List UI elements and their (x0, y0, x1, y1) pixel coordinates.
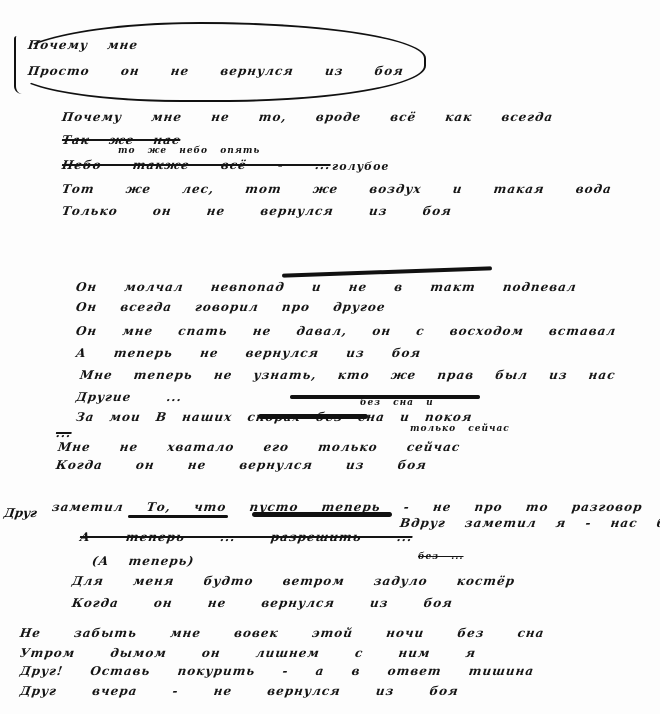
scribble-strike-3 (258, 414, 368, 419)
stanza4-line-2: Утром дымом он лишнем с ним я (19, 646, 477, 660)
stanza1-insert-1: то же небо опять (118, 146, 260, 156)
circled-block-bracket (14, 36, 22, 94)
stanza1-insert-2: голубое (332, 160, 389, 173)
scribble-strike-4 (128, 515, 228, 518)
stanza2-insert-1: без сна и (360, 398, 434, 408)
scribble-strike (282, 266, 492, 277)
stanza3-line-6: Когда он не вернулся из боя (71, 596, 454, 610)
stanza3-line-5: Для меня будто ветром задуло костёр (71, 574, 516, 588)
stanza2-line-5: Мне теперь не узнать, кто же прав был из… (79, 368, 617, 382)
stanza2-insert-2: только сейчас (410, 424, 510, 434)
stanza2-line-6: Другие ... (75, 390, 183, 404)
margin-note: Друг (3, 506, 38, 520)
stanza1-line-3-struck: Небо также всё - ... (61, 158, 332, 172)
stanza4-line-4: Друг вчера - не вернулся из боя (19, 684, 460, 698)
stanza1-line-5: Только он не вернулся из боя (61, 204, 453, 218)
scribble-strike-5 (252, 512, 392, 517)
stanza2-line-10: Когда он не вернулся из боя (55, 458, 428, 472)
stanza1-line-2-struck: Так же нас (61, 133, 181, 147)
stanza2-line-1: Он молчал невпопад и не в такт подпевал (75, 280, 578, 294)
stanza1-line-4: Тот же лес, тот же воздух и такая вода (61, 182, 613, 196)
stanza2-line-3: Он мне спать не давал, он с восходом вст… (75, 324, 617, 338)
stanza3-line-3-struck: А теперь ... разрешить ... (79, 530, 413, 544)
manuscript-page: Почему мне Просто он не вернулся из боя … (0, 0, 660, 714)
stanza2-line-2: Он всегда говорил про другое (75, 300, 387, 314)
circled-block-outline (12, 22, 426, 102)
stanza4-line-1: Не забыть мне вовек этой ночи без сна (19, 626, 545, 640)
stanza1-line-1: Почему мне не то, вроде всё как всегда (61, 110, 554, 124)
stanza3-line-2: Вдруг заметил я - нас было двое (399, 516, 660, 530)
stanza2-line-4: А теперь не вернулся из боя (75, 346, 422, 360)
stanza3-insert-2: без ... (418, 552, 464, 562)
stanza4-line-3: Друг! Оставь покурить - а в ответ тишина (19, 664, 535, 678)
circled-line-1: Почему мне (27, 38, 139, 52)
stanza2-line-9: Мне не хватало его только сейчас (57, 440, 461, 454)
stanza2-line-8-struck: ... (55, 426, 73, 440)
stanza3-insert-paren: (А теперь) (91, 554, 195, 568)
circled-line-2: Просто он не вернулся из боя (27, 64, 405, 78)
